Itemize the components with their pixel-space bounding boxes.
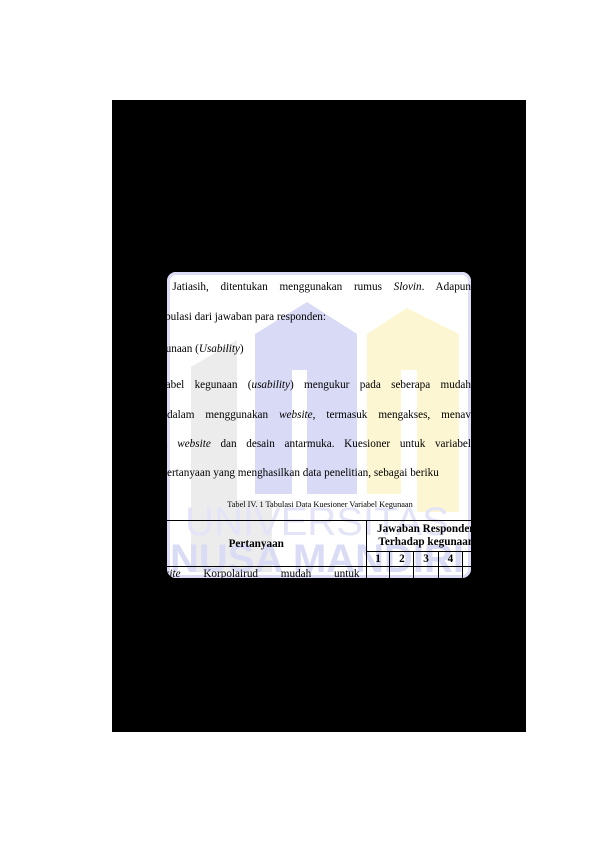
paragraph-line: Variabel kegunaan (usability) mengukur p… <box>167 378 471 392</box>
value-cell: 51 <box>438 567 462 579</box>
scale-header: 5 <box>463 552 471 567</box>
section-heading: Kegunaan (Usability) <box>167 342 244 356</box>
value-cell: 19 <box>414 567 438 579</box>
paragraph-line: isi website dan desain antarmuka. Kuesio… <box>167 437 471 451</box>
table-row: site Korpolairud mudah untuk 3 7 19 51 <box>167 567 471 579</box>
paragraph-line: i dalam menggunakan website, termasuk me… <box>167 408 471 422</box>
questionnaire-table: Pertanyaan Jawaban RespondenTerhadap keg… <box>167 520 471 578</box>
paragraph-line: tan Jatiasih, ditentukan menggunakan rum… <box>167 280 471 294</box>
header-question: Pertanyaan <box>167 521 366 567</box>
document-content: tan Jatiasih, ditentukan menggunakan rum… <box>167 272 471 578</box>
paragraph-line: tabulasi dari jawaban para responden: <box>167 310 326 324</box>
scale-header: 3 <box>414 552 438 567</box>
header-group: Jawaban RespondenTerhadap kegunaan <box>366 521 471 552</box>
value-cell: 7 <box>390 567 414 579</box>
document-page-viewport: UNIVERSITAS NUSA MANDIRI tan Jatiasih, d… <box>167 272 471 578</box>
paragraph-line: 8 pertanyaan yang menghasilkan data pene… <box>167 466 439 480</box>
scale-header: 2 <box>390 552 414 567</box>
value-cell <box>463 567 471 579</box>
value-cell: 3 <box>366 567 390 579</box>
question-cell: site Korpolairud mudah untuk <box>167 567 366 579</box>
scale-header: 1 <box>366 552 390 567</box>
table-caption: Tabel IV. 1 Tabulasi Data Kuesioner Vari… <box>167 500 471 509</box>
scale-header: 4 <box>438 552 462 567</box>
